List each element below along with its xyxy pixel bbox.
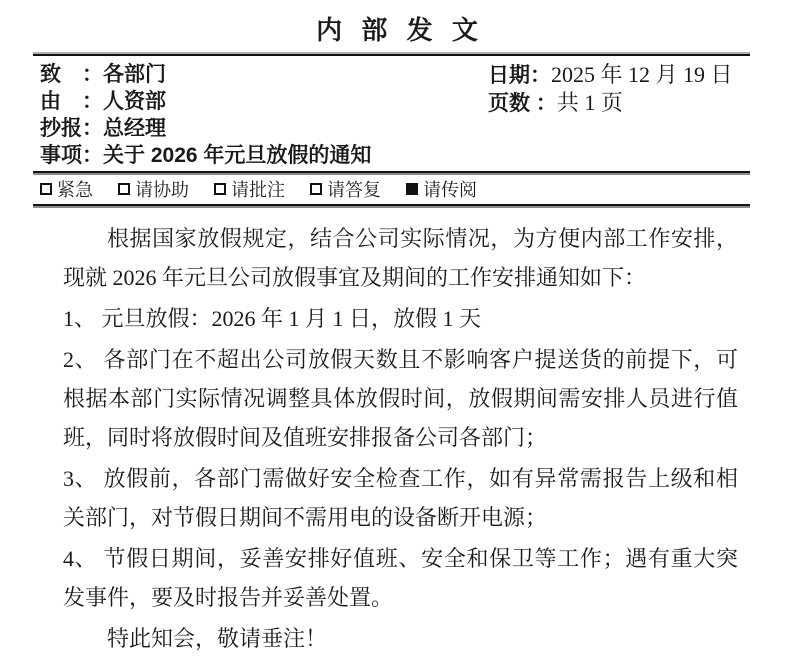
from-label: 由 ： (40, 88, 103, 115)
document-page: 内 部 发 文 致 ：各部门 由 ：人资部 抄报：总经理 事项：关于 2026 … (0, 0, 800, 663)
header-row-pages: 页数 ：共 1 页 (488, 89, 733, 117)
date-label: 日期： (488, 62, 551, 89)
document-header: 致 ：各部门 由 ：人资部 抄报：总经理 事项：关于 2026 年元旦放假的通知… (40, 61, 800, 169)
routing-item-label: 请答复 (327, 176, 381, 202)
checkbox-icon (310, 183, 322, 195)
checkbox-icon (406, 183, 418, 195)
routing-item-label: 请传阅 (423, 176, 477, 202)
header-row-cc: 抄报：总经理 (40, 115, 800, 142)
body-paragraph: 2、 各部门在不超出公司放假天数且不影响客户提送货的前提下，可根据本部门实际情况… (63, 340, 738, 457)
page-title: 内 部 发 文 (0, 12, 800, 48)
routing-item-label: 请批注 (231, 176, 285, 202)
from-value: 人资部 (103, 90, 166, 113)
checkbox-icon (214, 183, 226, 195)
to-label: 致 ： (40, 61, 103, 88)
checkbox-icon (118, 183, 130, 195)
body-paragraph: 1、 元旦放假：2026 年 1 月 1 日，放假 1 天 (63, 299, 738, 338)
body-paragraph: 根据国家放假规定，结合公司实际情况，为方便内部工作安排，现就 2026 年元旦公… (63, 219, 738, 297)
header-row-date: 日期：2025 年 12 月 19 日 (488, 61, 733, 89)
routing-item: 请协助 (118, 176, 189, 202)
body-paragraph: 特此知会，敬请垂注！ (63, 619, 738, 658)
checkbox-icon (40, 183, 52, 195)
document-body: 根据国家放假规定，结合公司实际情况，为方便内部工作安排，现就 2026 年元旦公… (0, 208, 800, 658)
routing-item-label: 紧急 (57, 176, 93, 202)
subject-value: 关于 2026 年元旦放假的通知 (103, 144, 371, 167)
header-right-column: 日期：2025 年 12 月 19 日 页数 ：共 1 页 (488, 61, 733, 117)
pages-value: 共 1 页 (557, 90, 623, 115)
cc-label: 抄报： (40, 115, 103, 142)
title-rule (33, 52, 750, 56)
pages-label: 页数 ： (488, 90, 557, 117)
subject-label: 事项： (40, 142, 103, 169)
body-paragraph: 3、 放假前，各部门需做好安全检查工作，如有异常需报告上级和相关部门，对节假日期… (63, 459, 738, 537)
date-value: 2025 年 12 月 19 日 (551, 62, 733, 87)
routing-item: 请批注 (214, 176, 285, 202)
routing-item: 紧急 (40, 176, 93, 202)
cc-value: 总经理 (103, 117, 166, 140)
body-paragraph: 4、 节假日期间，妥善安排好值班、安全和保卫等工作；遇有重大突发事件，要及时报告… (63, 539, 738, 617)
routing-item: 请答复 (310, 176, 381, 202)
routing-checkbox-row: 紧急 请协助 请批注 请答复 请传阅 (40, 175, 800, 202)
header-row-subject: 事项：关于 2026 年元旦放假的通知 (40, 142, 800, 169)
routing-item-label: 请协助 (135, 176, 189, 202)
routing-item: 请传阅 (406, 176, 477, 202)
to-value: 各部门 (103, 63, 166, 86)
